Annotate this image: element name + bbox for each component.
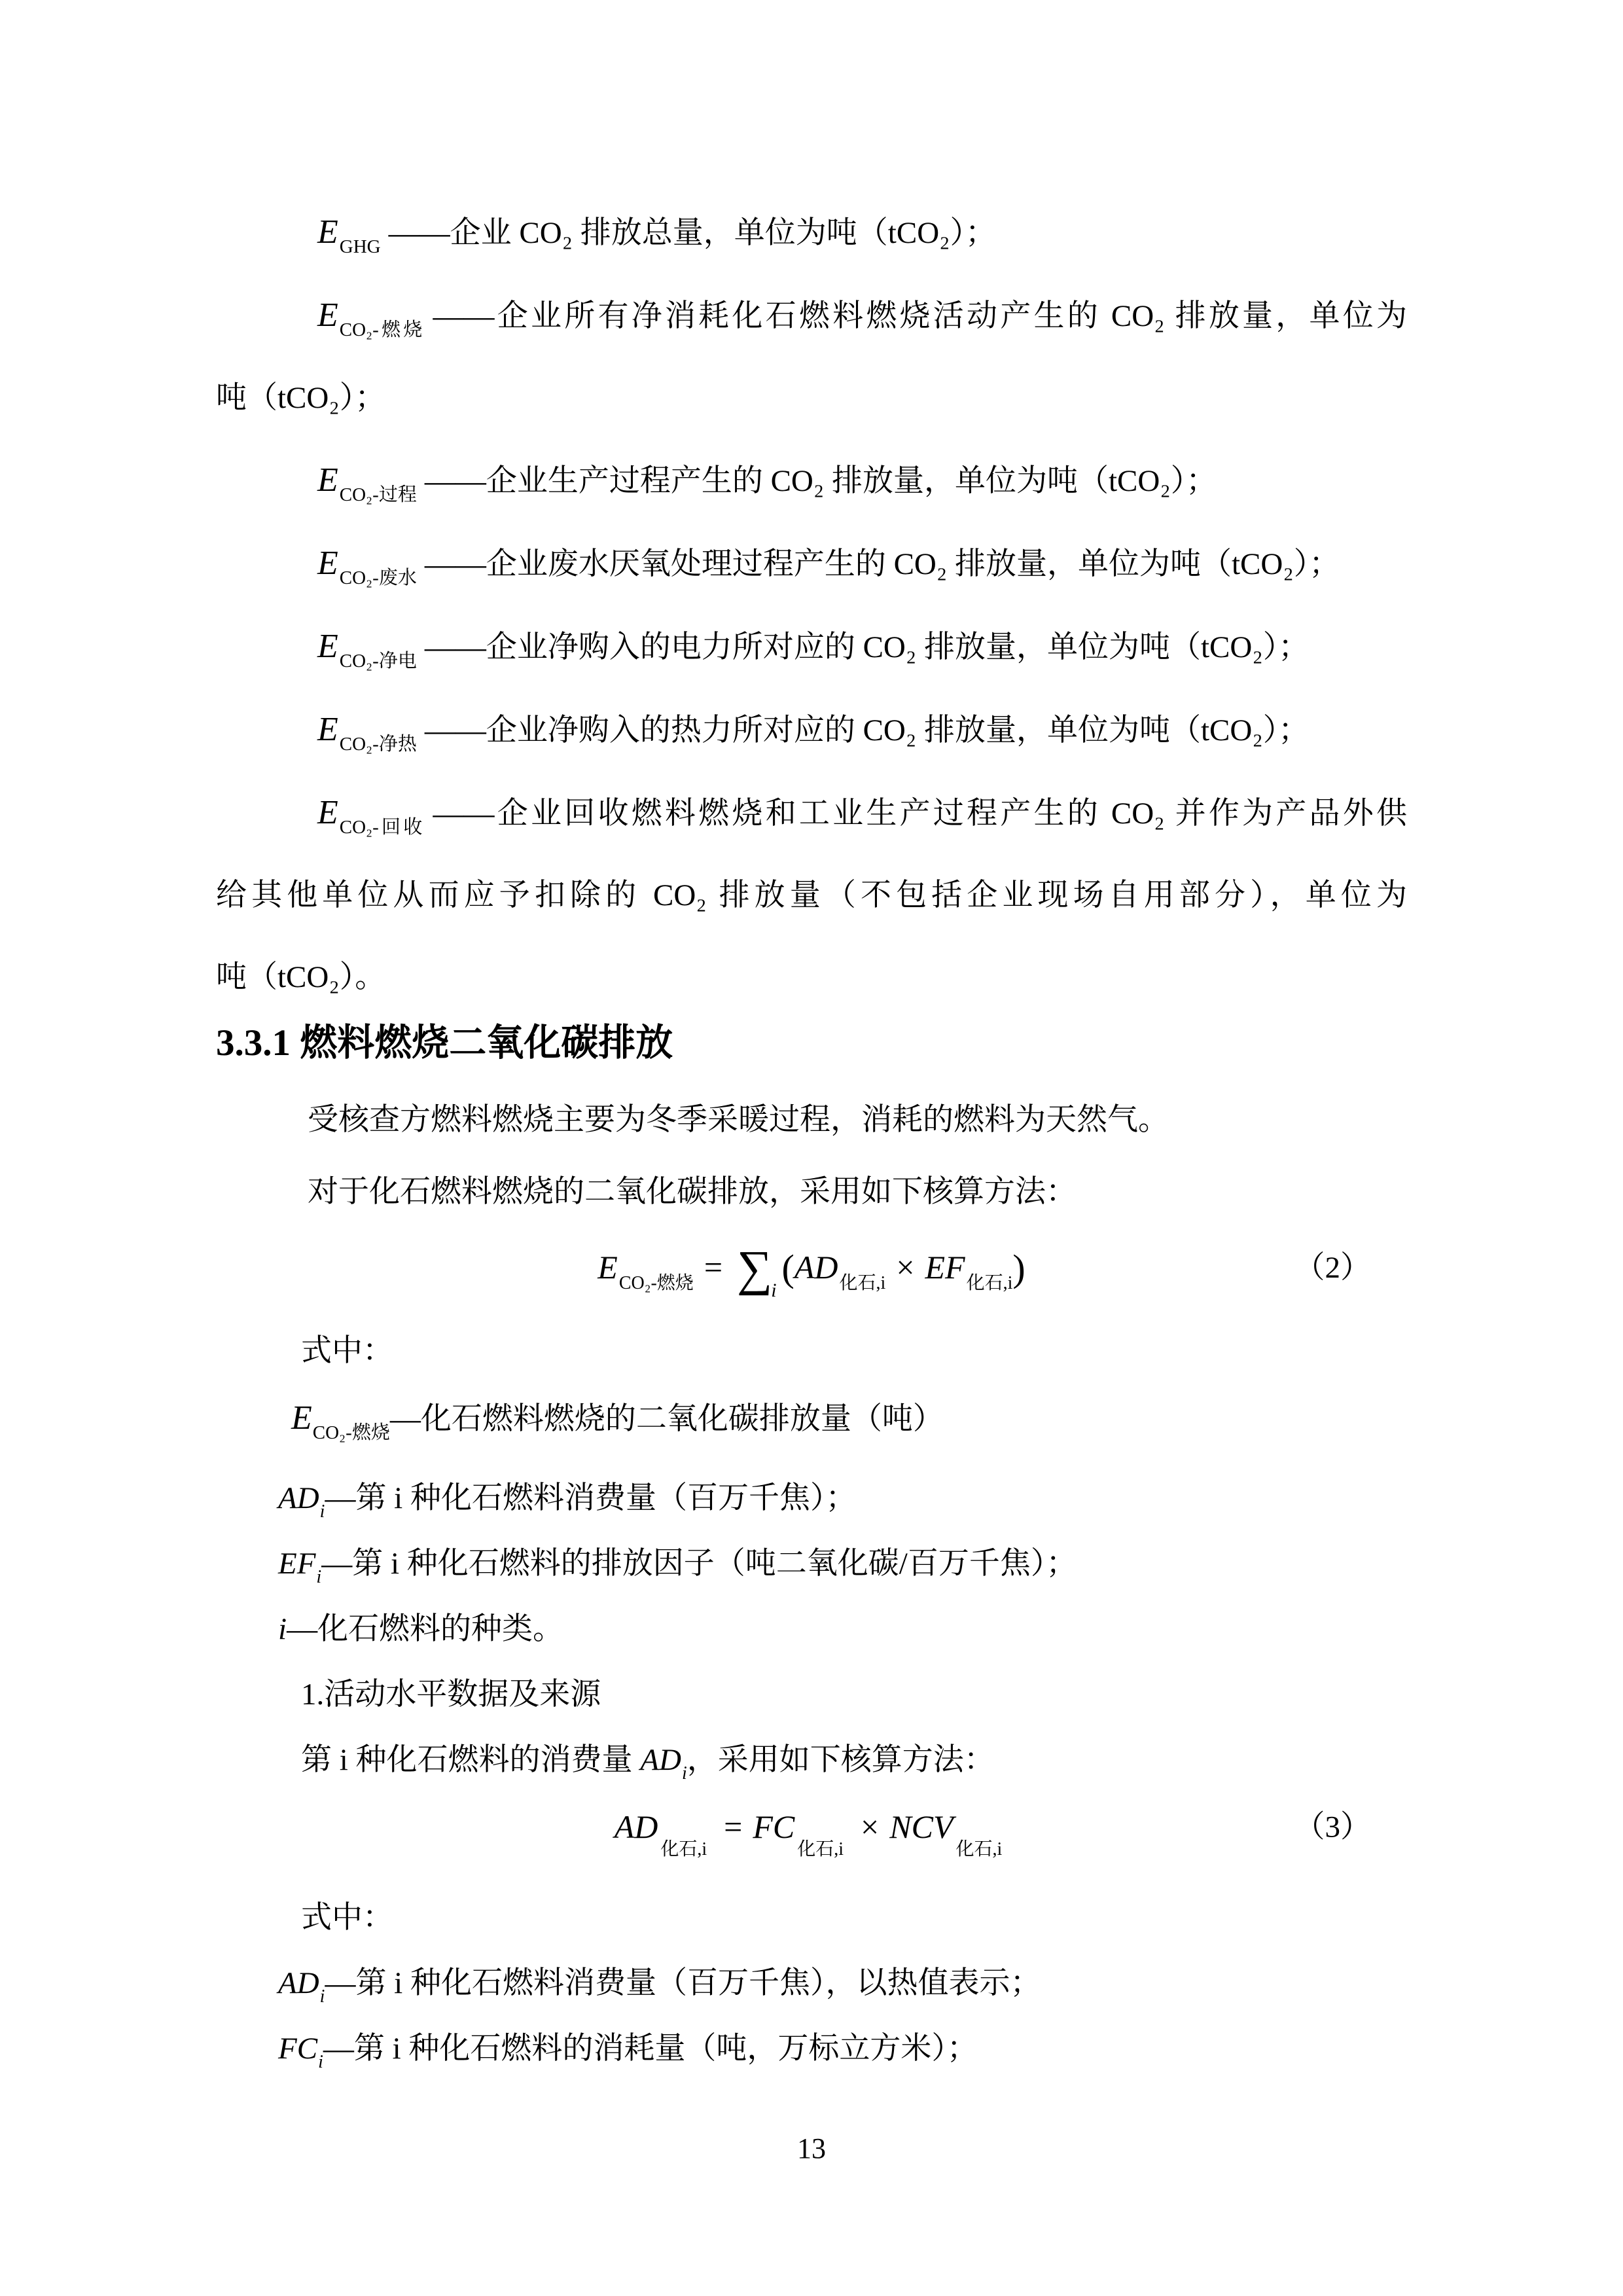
variable-subscript: CO₂-燃烧 (340, 319, 425, 340)
variable-desc: —第 i 种化石燃料消费量（百万千焦），以热值表示； (325, 1966, 1041, 2000)
document-page: EGHG——企业 CO₂ 排放总量，单位为吨（tCO₂）； ECO₂-燃烧——企… (0, 0, 1623, 2296)
definition-text: ——企业 CO₂ 排放总量，单位为吨（tCO₂）； (389, 216, 996, 250)
text-after: ，采用如下核算方法： (687, 1743, 995, 1777)
equation-number: （2） (1294, 1229, 1372, 1307)
page-content: EGHG——企业 CO₂ 排放总量，单位为吨（tCO₂）； ECO₂-燃烧——企… (216, 191, 1407, 2081)
variable-name: E (317, 461, 338, 499)
list-item-activity-data: 1.活动水平数据及来源 (216, 1662, 1407, 1727)
variable-subscript: GHG (340, 236, 381, 257)
equals-sign: = (724, 1808, 742, 1845)
variable-subscript: CO₂-回收 (340, 817, 425, 838)
paragraph-method-intro: 对于化石燃料燃烧的二氧化碳排放，采用如下核算方法： (216, 1156, 1407, 1228)
equation-term-ad: AD化石,i (615, 1808, 713, 1845)
variable-name: E (317, 794, 338, 831)
paragraph-where: 式中： (216, 1318, 1407, 1384)
variable-symbol: EFi (278, 1547, 321, 1581)
definition-line: ECO₂-净热——企业净购入的热力所对应的 CO₂ 排放量，单位为吨（tCO₂）… (216, 689, 1407, 772)
variable-desc: —化石燃料的种类。 (287, 1612, 563, 1646)
multiply-sign: × (861, 1808, 879, 1845)
definition-text: 给其他单位从而应予扣除的 CO₂ 排放量（不包括企业现场自用部分），单位为 (216, 878, 1407, 912)
variable-symbol: ECO₂-燃烧 (317, 296, 425, 334)
definition-item-eco2-burn: ECO₂-燃烧——企业所有净消耗化石燃料燃烧活动产生的 CO₂ 排放量，单位为 … (216, 274, 1407, 439)
variable-def-ad2: ADi—第 i 种化石燃料消费量（百万千焦），以热值表示； (216, 1950, 1407, 2016)
definition-item-eghg: EGHG——企业 CO₂ 排放总量，单位为吨（tCO₂）； (216, 191, 1407, 274)
variable-def-eco2-burn: ECO₂-燃烧—化石燃料燃烧的二氧化碳排放量（吨） (216, 1384, 1407, 1454)
variable-symbol: ECO₂-过程 (317, 461, 417, 499)
equation-term-ef: EF化石,i (925, 1249, 1013, 1285)
definition-text: 吨（tCO₂）。 (216, 960, 385, 994)
definition-text: ——企业生产过程产生的 CO₂ 排放量，单位为吨（tCO₂）； (425, 464, 1217, 498)
variable-subscript: CO₂-净热 (340, 734, 417, 755)
equation-term-fc: FC化石,i (753, 1808, 850, 1845)
variable-symbol: ECO₂-回收 (317, 794, 425, 831)
page-number: 13 (0, 2132, 1623, 2165)
multiply-sign: × (896, 1249, 914, 1285)
variable-def-fc: FCi—第 i 种化石燃料的消耗量（吨，万标立方米）； (216, 2016, 1407, 2081)
variable-symbol: i (278, 1612, 287, 1646)
definition-text: 吨（tCO₂）； (216, 381, 385, 415)
variable-symbol: FCi (278, 2032, 323, 2066)
definition-text: ——企业废水厌氧处理过程产生的 CO₂ 排放量，单位为吨（tCO₂）； (425, 547, 1340, 581)
definition-line: EGHG——企业 CO₂ 排放总量，单位为吨（tCO₂）； (216, 191, 1407, 274)
equation-2: ECO₂-燃烧=∑i(AD化石,i×EF化石,i) （2） (216, 1228, 1407, 1308)
paragraph-consumption: 第 i 种化石燃料的消费量 ADi，采用如下核算方法： (216, 1727, 1407, 1793)
variable-symbol: ECO₂-燃烧 (291, 1399, 390, 1437)
equals-sign: = (704, 1249, 722, 1285)
variable-desc: —第 i 种化石燃料消费量（百万千焦）； (325, 1481, 856, 1515)
equation-3: AD化石,i=FC化石,i×NCV化石,i （3） (216, 1793, 1407, 1861)
variable-symbol: ECO₂-净热 (317, 711, 417, 748)
equation-2-body: ECO₂-燃烧=∑i(AD化石,i×EF化石,i) (597, 1228, 1025, 1308)
definition-item-eco2-process: ECO₂-过程——企业生产过程产生的 CO₂ 排放量，单位为吨（tCO₂）； (216, 439, 1407, 522)
variable-desc: —第 i 种化石燃料的排放因子（吨二氧化碳/百万千焦）； (321, 1547, 1077, 1581)
equation-number: （3） (1294, 1793, 1372, 1861)
variable-name: E (317, 213, 338, 251)
variable-symbol: EGHG (317, 213, 381, 251)
variable-symbol: ADi (278, 1481, 325, 1515)
definition-line: ECO₂-过程——企业生产过程产生的 CO₂ 排放量，单位为吨（tCO₂）； (216, 439, 1407, 522)
definition-line: ECO₂-净电——企业净购入的电力所对应的 CO₂ 排放量，单位为吨（tCO₂）… (216, 605, 1407, 689)
section-heading: 3.3.1 燃料燃烧二氧化碳排放 (216, 1018, 1407, 1068)
variable-def-ad: ADi—第 i 种化石燃料消费量（百万千焦）； (216, 1465, 1407, 1531)
definition-text: ——企业净购入的热力所对应的 CO₂ 排放量，单位为吨（tCO₂）； (425, 713, 1309, 747)
equation-term-ad: AD化石,i (794, 1249, 885, 1285)
variable-desc: —第 i 种化石燃料的消耗量（吨，万标立方米）； (323, 2032, 978, 2066)
paragraph-where: 式中： (216, 1885, 1407, 1950)
variable-def-ef: EFi—第 i 种化石燃料的排放因子（吨二氧化碳/百万千焦）； (216, 1531, 1407, 1596)
definition-line: 吨（tCO₂）； (216, 357, 1407, 439)
variable-name: E (317, 628, 338, 665)
definition-item-eco2-netpower: ECO₂-净电——企业净购入的电力所对应的 CO₂ 排放量，单位为吨（tCO₂）… (216, 605, 1407, 689)
variable-symbol: ECO₂-净电 (317, 628, 417, 665)
variable-symbol: ADi (278, 1966, 325, 2000)
definition-line: 给其他单位从而应予扣除的 CO₂ 排放量（不包括企业现场自用部分），单位为 (216, 855, 1407, 937)
definition-line: ECO₂-燃烧——企业所有净消耗化石燃料燃烧活动产生的 CO₂ 排放量，单位为 (216, 274, 1407, 357)
definition-item-eco2-recovered: ECO₂-回收——企业回收燃料燃烧和工业生产过程产生的 CO₂ 并作为产品外供 … (216, 772, 1407, 1018)
definition-text: ——企业回收燃料燃烧和工业生产过程产生的 CO₂ 并作为产品外供 (433, 797, 1407, 831)
close-paren: ) (1012, 1247, 1025, 1289)
variable-name: E (317, 711, 338, 748)
paragraph-fuel-intro: 受核查方燃料燃烧主要为冬季采暖过程，消耗的燃料为天然气。 (216, 1084, 1407, 1156)
equation-3-body: AD化石,i=FC化石,i×NCV化石,i (615, 1793, 1009, 1861)
definition-text: ——企业净购入的电力所对应的 CO₂ 排放量，单位为吨（tCO₂）； (425, 630, 1309, 664)
definition-text: ——企业所有净消耗化石燃料燃烧活动产生的 CO₂ 排放量，单位为 (433, 299, 1407, 333)
equation-term-ncv: NCV化石,i (889, 1808, 1008, 1845)
variable-name: E (317, 296, 338, 334)
definition-line: ECO₂-废水——企业废水厌氧处理过程产生的 CO₂ 排放量，单位为吨（tCO₂… (216, 522, 1407, 605)
open-paren: ( (782, 1247, 794, 1289)
variable-subscript: CO₂-废水 (340, 567, 417, 588)
variable-symbol: ADi (640, 1743, 687, 1777)
definition-item-eco2-netheat: ECO₂-净热——企业净购入的热力所对应的 CO₂ 排放量，单位为吨（tCO₂）… (216, 689, 1407, 772)
variable-subscript: CO₂-净电 (340, 651, 417, 672)
variable-subscript: CO₂-过程 (340, 484, 417, 505)
variable-name: E (317, 545, 338, 582)
sigma-symbol: ∑ (737, 1241, 772, 1296)
sigma-index: i (771, 1280, 776, 1301)
equation-lhs: ECO₂-燃烧 (597, 1249, 694, 1285)
variable-def-i: i—化石燃料的种类。 (216, 1596, 1407, 1662)
definition-line: 吨（tCO₂）。 (216, 937, 1407, 1018)
variable-desc: —化石燃料燃烧的二氧化碳排放量（吨） (390, 1402, 944, 1436)
variable-symbol: ECO₂-废水 (317, 545, 417, 582)
definition-item-eco2-wastewater: ECO₂-废水——企业废水厌氧处理过程产生的 CO₂ 排放量，单位为吨（tCO₂… (216, 522, 1407, 605)
text-before: 第 i 种化石燃料的消费量 (301, 1743, 640, 1777)
definition-line: ECO₂-回收——企业回收燃料燃烧和工业生产过程产生的 CO₂ 并作为产品外供 (216, 772, 1407, 855)
